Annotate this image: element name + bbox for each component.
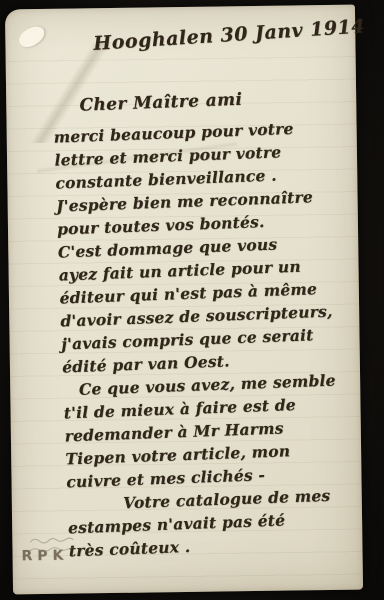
pencil-annotation-scribble [28,535,86,558]
letter-body: merci beaucoup pour votre lettre et merc… [53,116,342,563]
letter-salutation: Cher Maître ami [79,90,243,116]
handwritten-text: Hooghalen 30 Janv 1914 Cher Maître ami m… [2,0,373,595]
letter-dateline: Hooghalen 30 Janv 1914 [93,15,366,55]
letter-paper: Hooghalen 30 Janv 1914 Cher Maître ami m… [5,5,363,595]
photograph-of-letter: Hooghalen 30 Janv 1914 Cher Maître ami m… [0,0,384,600]
collection-stamp-rpk: RPK [21,548,68,565]
